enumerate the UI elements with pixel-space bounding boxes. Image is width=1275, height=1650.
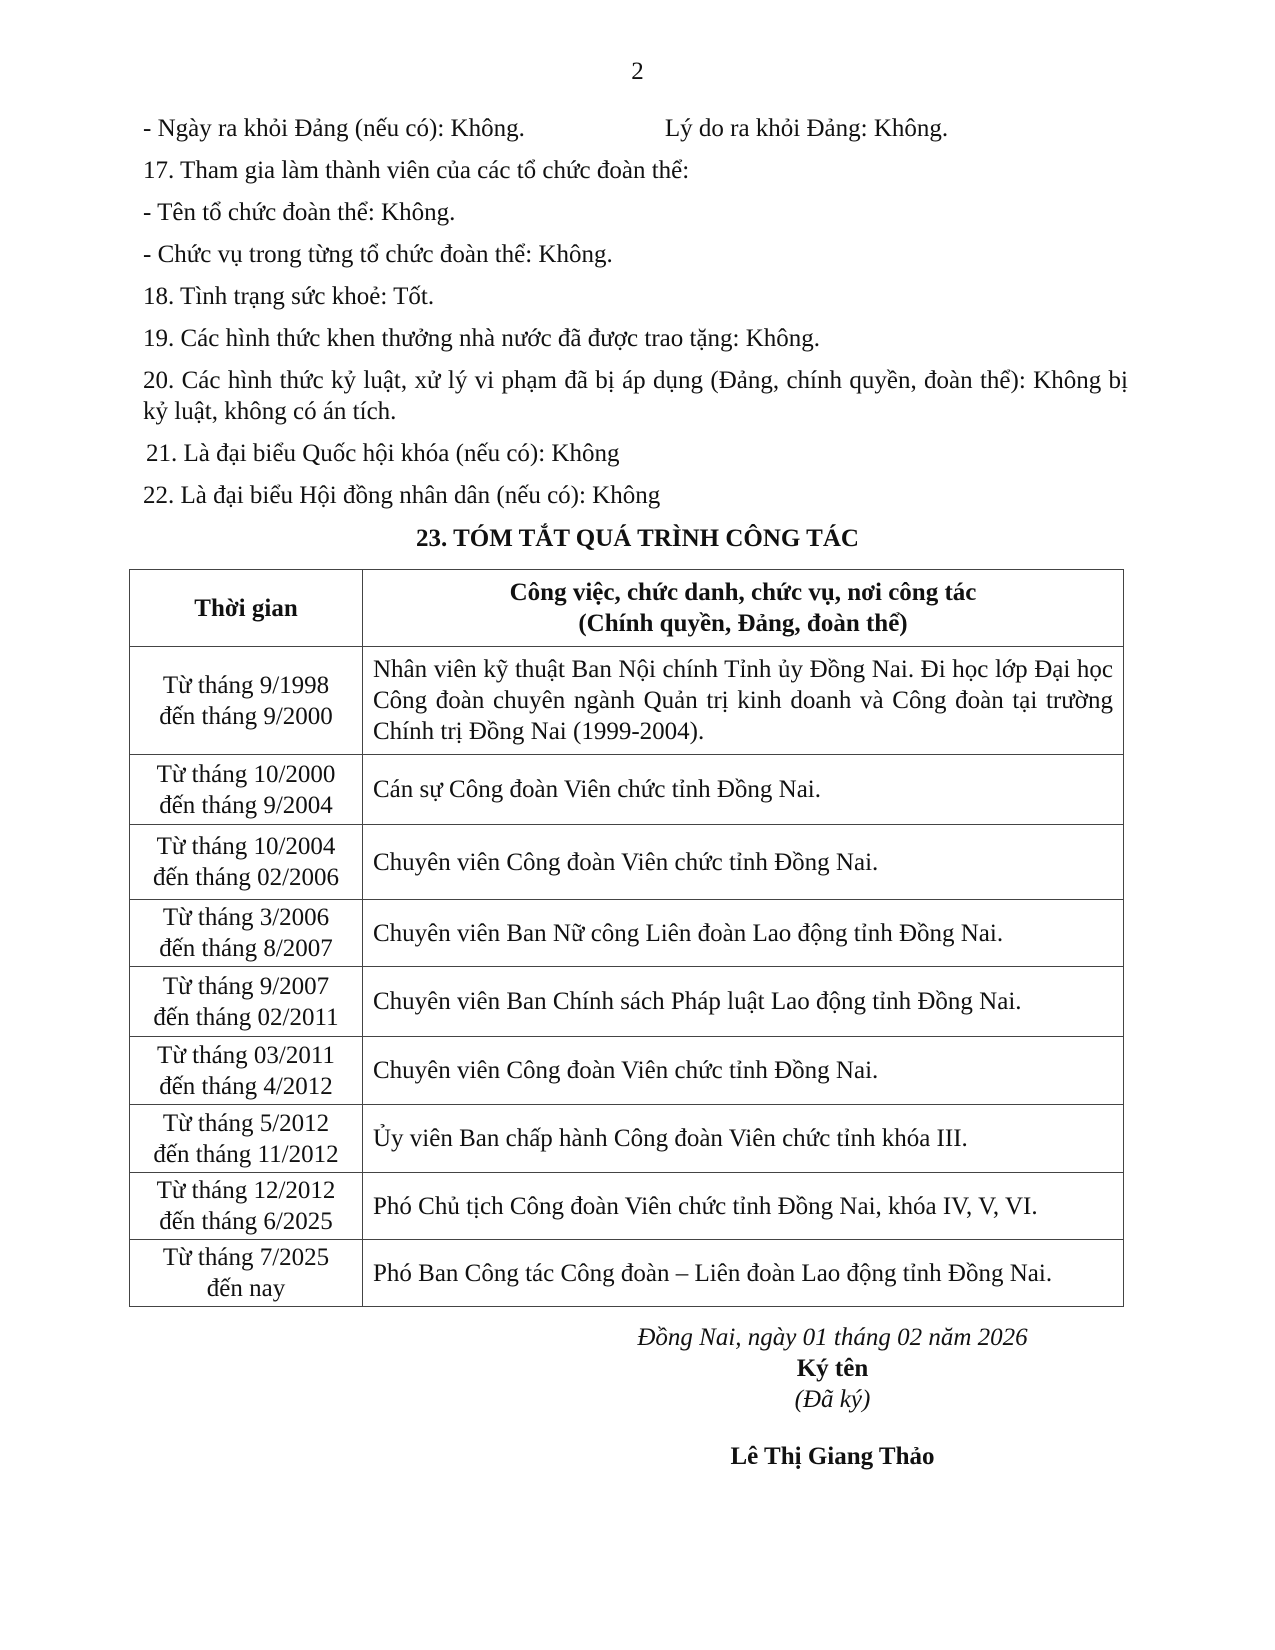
- work-history-title: 23. TÓM TẮT QUÁ TRÌNH CÔNG TÁC: [0, 525, 1275, 553]
- row-description: Phó Chủ tịch Công đoàn Viên chức tỉnh Đồ…: [363, 1173, 1124, 1240]
- row-time-from: Từ tháng 10/2000: [138, 759, 354, 790]
- item-17-org-name: - Tên tổ chức đoàn thể: Không.: [143, 197, 1128, 228]
- item-18-health: 18. Tình trạng sức khoẻ: Tốt.: [143, 281, 1128, 312]
- signature-signed-note: (Đã ký): [580, 1384, 1085, 1415]
- row-time-to: đến nay: [138, 1273, 354, 1304]
- table-row: Từ tháng 10/2004đến tháng 02/2006Chuyên …: [130, 825, 1124, 900]
- row-time-from: Từ tháng 9/1998: [138, 670, 354, 701]
- row-time-from: Từ tháng 10/2004: [138, 831, 354, 862]
- table-row: Từ tháng 03/2011đến tháng 4/2012Chuyên v…: [130, 1037, 1124, 1105]
- row-description: Phó Ban Công tác Công đoàn – Liên đoàn L…: [363, 1240, 1124, 1307]
- item-20-discipline: 20. Các hình thức kỷ luật, xử lý vi phạm…: [143, 365, 1128, 427]
- item-17: 17. Tham gia làm thành viên của các tổ c…: [143, 155, 1128, 186]
- row-time: Từ tháng 10/2000đến tháng 9/2004: [130, 755, 363, 825]
- row-time: Từ tháng 10/2004đến tháng 02/2006: [130, 825, 363, 900]
- table-row: Từ tháng 5/2012đến tháng 11/2012Ủy viên …: [130, 1105, 1124, 1173]
- party-exit-date: - Ngày ra khỏi Đảng (nếu có): Không.: [143, 115, 525, 142]
- header-job-line1: Công việc, chức danh, chức vụ, nơi công …: [371, 577, 1115, 608]
- row-time: Từ tháng 9/1998đến tháng 9/2000: [130, 647, 363, 755]
- row-description: Chuyên viên Ban Nữ công Liên đoàn Lao độ…: [363, 900, 1124, 967]
- item-22-peoples-council: 22. Là đại biểu Hội đồng nhân dân (nếu c…: [143, 480, 1128, 511]
- signer-name: Lê Thị Giang Thảo: [580, 1441, 1085, 1472]
- row-time-from: Từ tháng 12/2012: [138, 1175, 354, 1206]
- signature-block: Đồng Nai, ngày 01 tháng 02 năm 2026 Ký t…: [580, 1322, 1085, 1472]
- party-exit-reason: Lý do ra khỏi Đảng: Không.: [665, 115, 948, 142]
- row-time: Từ tháng 7/2025đến nay: [130, 1240, 363, 1307]
- header-job-line2: (Chính quyền, Đảng, đoàn thể): [371, 608, 1115, 639]
- row-time-to: đến tháng 4/2012: [138, 1071, 354, 1102]
- row-time-to: đến tháng 02/2011: [138, 1002, 354, 1033]
- row-time: Từ tháng 9/2007đến tháng 02/2011: [130, 967, 363, 1037]
- work-history-table: Thời gian Công việc, chức danh, chức vụ,…: [129, 569, 1124, 1307]
- table-row: Từ tháng 7/2025đến nayPhó Ban Công tác C…: [130, 1240, 1124, 1307]
- header-time: Thời gian: [130, 570, 363, 647]
- item-17-position: - Chức vụ trong từng tổ chức đoàn thể: K…: [143, 239, 1128, 270]
- row-time-to: đến tháng 9/2000: [138, 701, 354, 732]
- row-time-to: đến tháng 11/2012: [138, 1139, 354, 1170]
- page-number: 2: [0, 58, 1275, 86]
- row-time-from: Từ tháng 3/2006: [138, 902, 354, 933]
- row-description: Chuyên viên Ban Chính sách Pháp luật Lao…: [363, 967, 1124, 1037]
- party-exit-line: - Ngày ra khỏi Đảng (nếu có): Không.Lý d…: [143, 113, 1128, 144]
- table-row: Từ tháng 9/2007đến tháng 02/2011Chuyên v…: [130, 967, 1124, 1037]
- signature-place-date: Đồng Nai, ngày 01 tháng 02 năm 2026: [580, 1322, 1085, 1353]
- work-history-rows: Từ tháng 9/1998đến tháng 9/2000Nhân viên…: [130, 647, 1124, 1307]
- table-row: Từ tháng 10/2000đến tháng 9/2004Cán sự C…: [130, 755, 1124, 825]
- row-time-from: Từ tháng 9/2007: [138, 971, 354, 1002]
- table-row: Từ tháng 12/2012đến tháng 6/2025Phó Chủ …: [130, 1173, 1124, 1240]
- row-description: Chuyên viên Công đoàn Viên chức tỉnh Đồn…: [363, 1037, 1124, 1105]
- row-time-to: đến tháng 8/2007: [138, 933, 354, 964]
- header-job: Công việc, chức danh, chức vụ, nơi công …: [363, 570, 1124, 647]
- personal-info-section: - Ngày ra khỏi Đảng (nếu có): Không.Lý d…: [143, 113, 1128, 522]
- row-description: Cán sự Công đoàn Viên chức tỉnh Đồng Nai…: [363, 755, 1124, 825]
- row-description: Chuyên viên Công đoàn Viên chức tỉnh Đồn…: [363, 825, 1124, 900]
- row-time-from: Từ tháng 5/2012: [138, 1108, 354, 1139]
- row-description: Ủy viên Ban chấp hành Công đoàn Viên chứ…: [363, 1105, 1124, 1173]
- row-time: Từ tháng 3/2006đến tháng 8/2007: [130, 900, 363, 967]
- row-time: Từ tháng 03/2011đến tháng 4/2012: [130, 1037, 363, 1105]
- row-time-from: Từ tháng 7/2025: [138, 1242, 354, 1273]
- row-time-to: đến tháng 02/2006: [138, 862, 354, 893]
- item-21-national-assembly: 21. Là đại biểu Quốc hội khóa (nếu có): …: [143, 438, 1128, 469]
- row-time: Từ tháng 12/2012đến tháng 6/2025: [130, 1173, 363, 1240]
- signature-title: Ký tên: [580, 1353, 1085, 1384]
- row-time-to: đến tháng 6/2025: [138, 1206, 354, 1237]
- item-19-awards: 19. Các hình thức khen thưởng nhà nước đ…: [143, 323, 1128, 354]
- table-row: Từ tháng 3/2006đến tháng 8/2007Chuyên vi…: [130, 900, 1124, 967]
- row-time-to: đến tháng 9/2004: [138, 790, 354, 821]
- row-description: Nhân viên kỹ thuật Ban Nội chính Tỉnh ủy…: [363, 647, 1124, 755]
- table-header-row: Thời gian Công việc, chức danh, chức vụ,…: [130, 570, 1124, 647]
- table-row: Từ tháng 9/1998đến tháng 9/2000Nhân viên…: [130, 647, 1124, 755]
- row-time-from: Từ tháng 03/2011: [138, 1040, 354, 1071]
- row-time: Từ tháng 5/2012đến tháng 11/2012: [130, 1105, 363, 1173]
